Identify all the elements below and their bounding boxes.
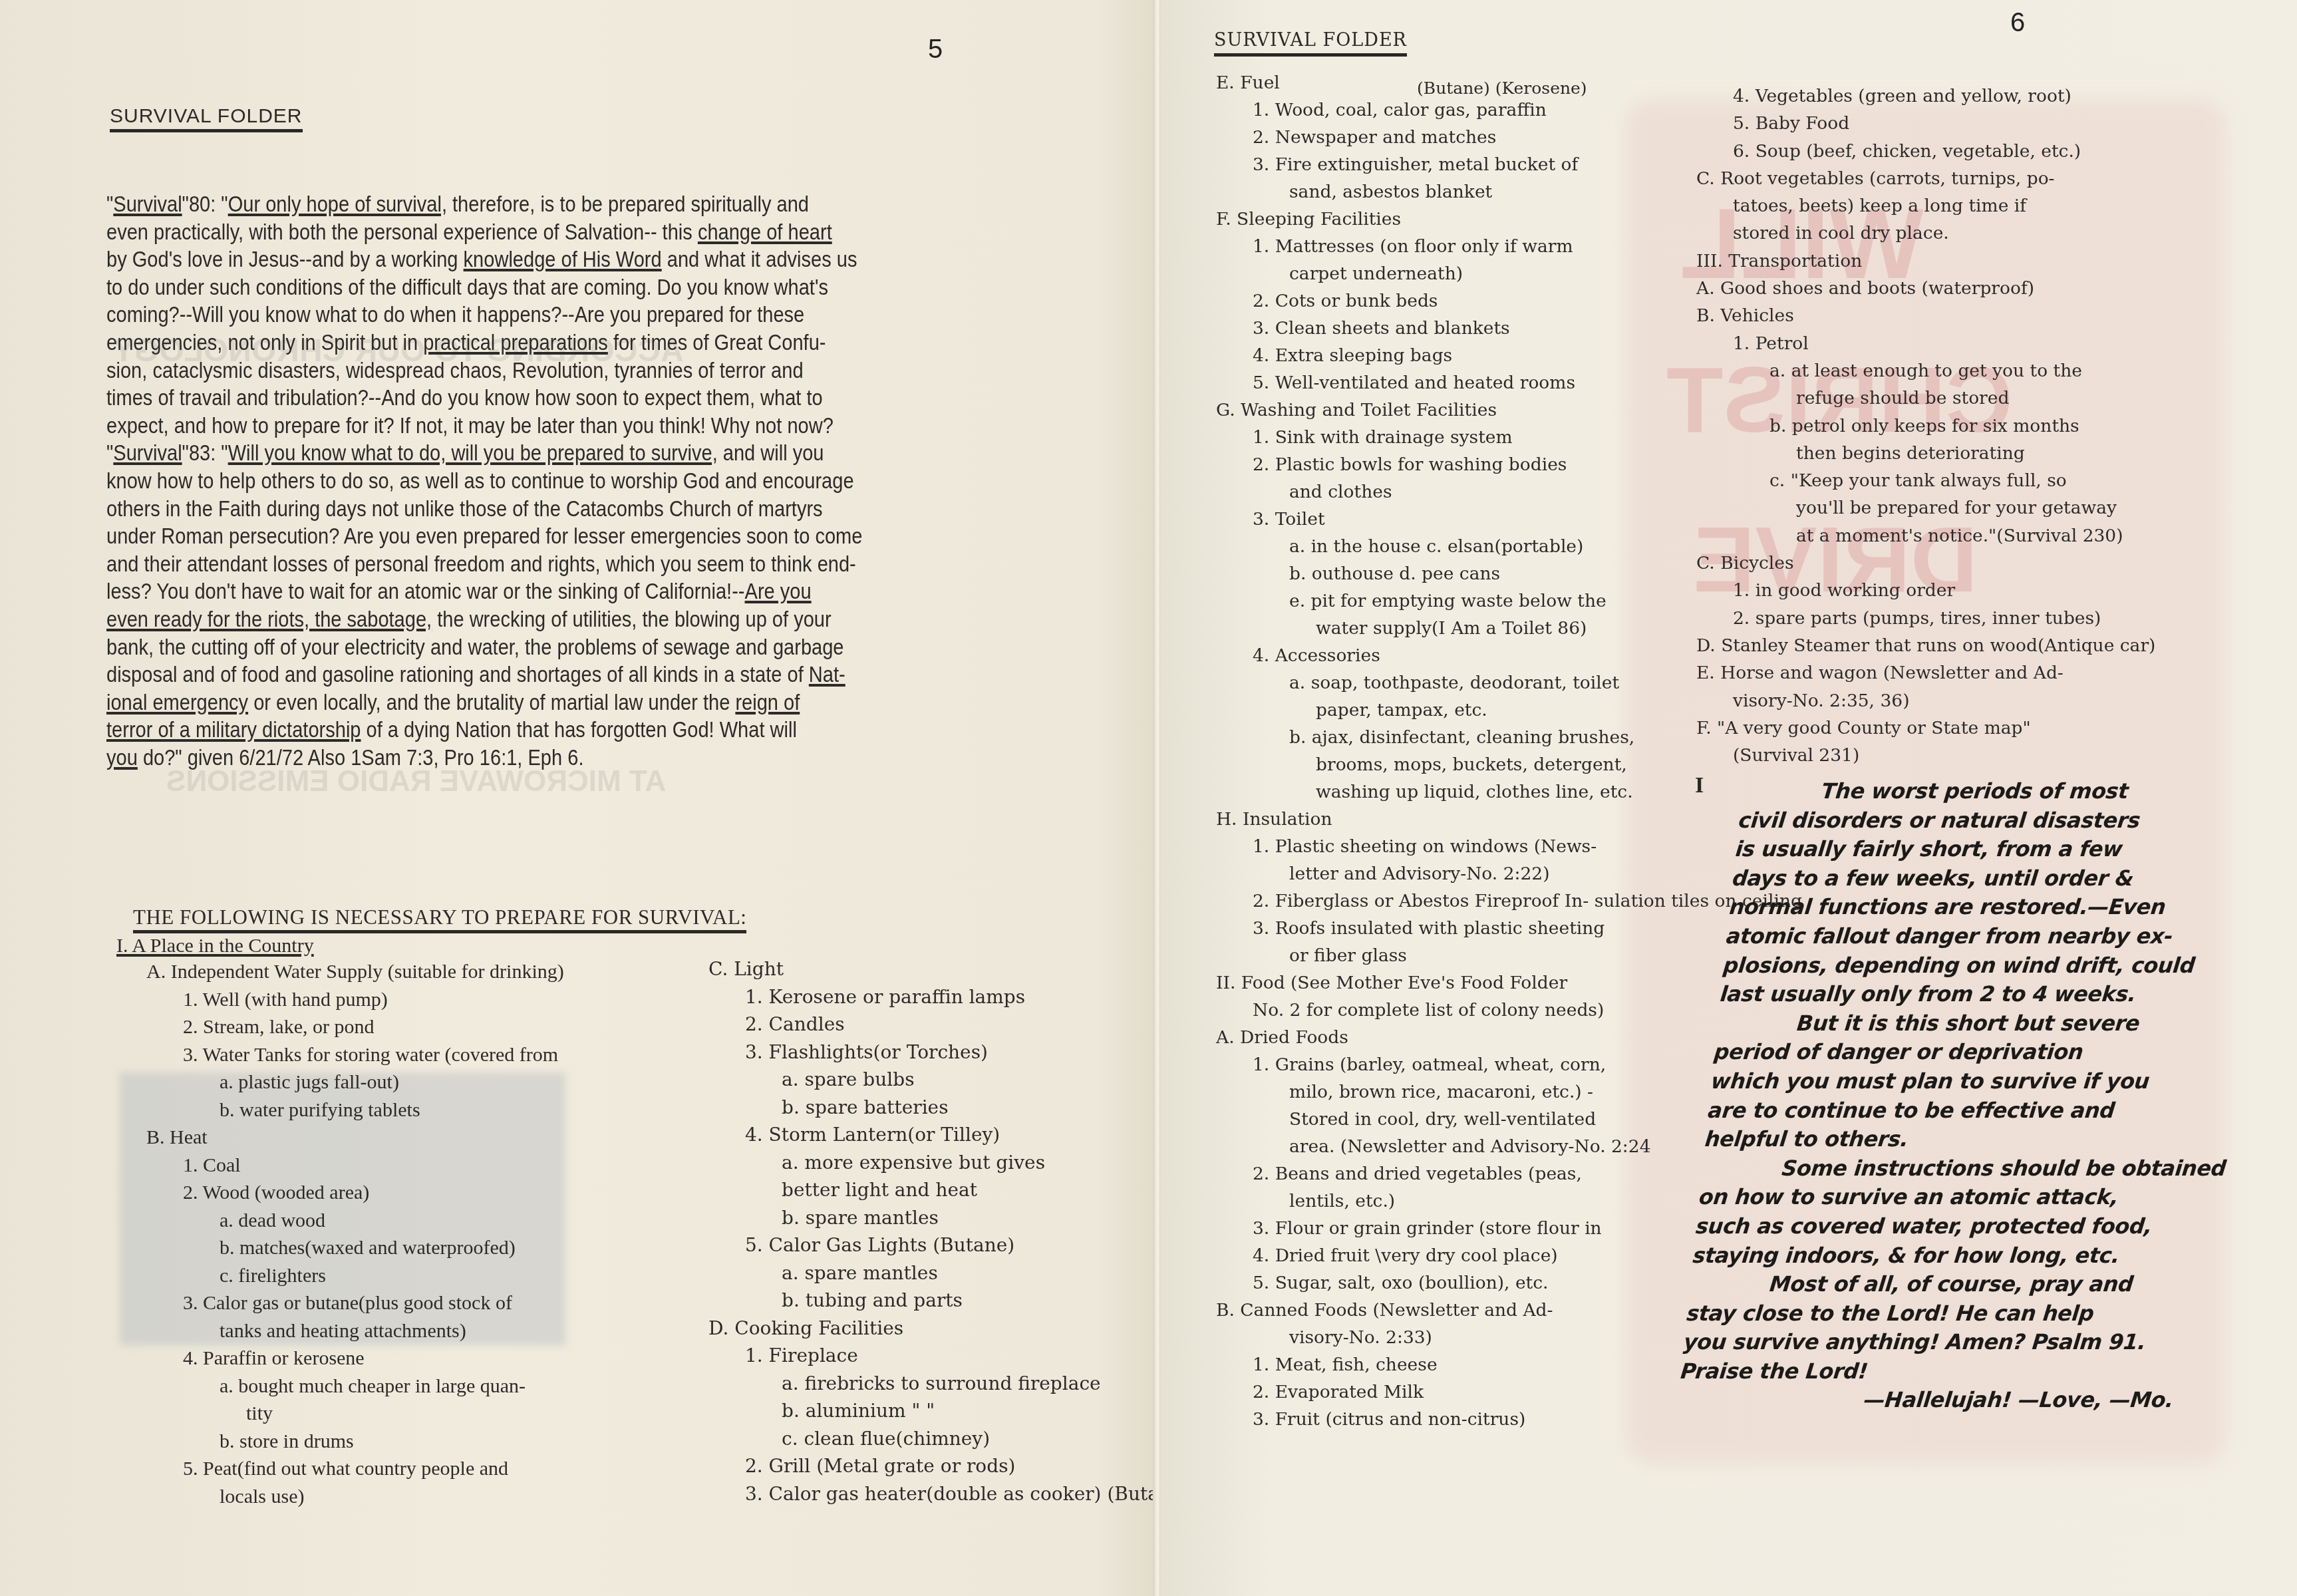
- paragraph-line: to do under such conditions of the diffi…: [106, 273, 938, 301]
- paragraph-line: know how to help others to do so, as wel…: [106, 467, 938, 495]
- outline-item: 5. Calor Gas Lights (Butane): [708, 1231, 1189, 1259]
- text-run: therefore, is to be prepared spiritually…: [447, 192, 809, 216]
- underlined-text: terror of a military dictatorship: [106, 717, 361, 742]
- outline-item: a. at least enough to get you to the: [1696, 357, 2155, 385]
- paragraph-line: you do?" given 6/21/72 Also 1Sam 7:3, Pr…: [106, 744, 938, 772]
- underlined-text: reign of: [735, 690, 800, 715]
- handwritten-line: Praise the Lord!: [1679, 1357, 2215, 1386]
- outline-item: 3. Water Tanks for storing water (covere…: [146, 1041, 564, 1069]
- handwritten-line: you survive anything! Amen? Psalm 91.: [1682, 1328, 2218, 1357]
- handwritten-line: on how to survive an atomic attack,: [1698, 1183, 2233, 1212]
- paragraph-line: emergencies, not only in Spirit but in p…: [106, 329, 938, 357]
- outline-item: 1. Coal: [146, 1152, 564, 1180]
- underlined-text: Will you know what to do, will you be pr…: [228, 440, 718, 465]
- outline-item: 4. Paraffin or kerosene: [146, 1345, 564, 1372]
- outline-item: c. "Keep your tank always full, so: [1696, 467, 2155, 494]
- page-heading: SURVIVAL FOLDER: [1214, 29, 1407, 57]
- outline-item: C. Bicycles: [1696, 550, 2155, 577]
- outline-item: b. tubing and parts: [708, 1287, 1189, 1315]
- outline-item: tatoes, beets) keep a long time if: [1696, 192, 2155, 220]
- text-run: coming?--Will you know what to do when i…: [106, 302, 804, 327]
- text-run: or even locally, and the brutality of ma…: [248, 690, 735, 715]
- paragraph-line: others in the Faith during days not unli…: [106, 495, 938, 523]
- handwritten-line: But it is this short but severe: [1716, 1009, 2251, 1038]
- outline-item: a. plastic jugs fall-out): [146, 1068, 564, 1096]
- outline-item: 4. Storm Lantern(or Tilley): [708, 1121, 1189, 1149]
- paragraph-line: and their attendant losses of personal f…: [106, 550, 938, 578]
- outline-item: D. Stanley Steamer that runs on wood(Ant…: [1696, 632, 2155, 659]
- underlined-text: you: [106, 745, 138, 770]
- outline-item: b. water purifying tablets: [146, 1096, 564, 1124]
- outline-item: A. Independent Water Supply (suitable fo…: [146, 958, 564, 986]
- text-run: even practically, with both the personal…: [106, 220, 698, 244]
- text-run: by God's love in Jesus--and by a working: [106, 247, 464, 271]
- text-run: for times of Great Confu-: [608, 330, 826, 355]
- page-number: 5: [928, 35, 943, 65]
- text-run: to do under such conditions of the diffi…: [106, 275, 828, 299]
- outline-item: No. 2 for complete list of colony needs): [1216, 997, 1802, 1024]
- outline-item: washing up liquid, clothes line, etc.: [1216, 778, 1802, 806]
- outline-item: C. Light: [708, 955, 1189, 983]
- text-run: do?" given 6/21/72 Also 1Sam 7:3, Pro 16…: [138, 745, 584, 770]
- underlined-text: Survival: [113, 440, 182, 465]
- left-page: ACCORDING TO OUR CHRONOLOGY AT MICROWAVE…: [0, 0, 1154, 1596]
- underlined-text: Survival: [113, 192, 182, 216]
- outline-item: 1. Well (with hand pump): [146, 986, 564, 1014]
- outline-item: you'll be prepared for your getaway: [1696, 494, 2155, 522]
- underlined-text: Our only hope of survival,: [228, 192, 447, 216]
- text-run: ": [106, 192, 113, 216]
- underlined-text: Nat-: [809, 662, 845, 687]
- outline-item: 3. Roofs insulated with plastic sheeting: [1216, 915, 1802, 942]
- outline-item: then begins deteriorating: [1696, 440, 2155, 467]
- outline-item: visory-No. 2:35, 36): [1696, 687, 2155, 715]
- page-heading: SURVIVAL FOLDER: [110, 105, 303, 132]
- text-run: "83: ": [182, 440, 228, 465]
- outline-item: or fiber glass: [1216, 942, 1802, 969]
- handwritten-line: staying indoors, & for how long, etc.: [1692, 1241, 2227, 1271]
- handwritten-line: —Hallelujah! —Love, —Mo.: [1676, 1386, 2212, 1415]
- outline-item: b. spare mantles: [708, 1204, 1189, 1232]
- paragraph-line: disposal and of food and gasoline ration…: [106, 661, 938, 689]
- outline-item: b. spare batteries: [708, 1094, 1189, 1122]
- outline-item: a. more expensive but gives: [708, 1149, 1189, 1177]
- underlined-text: change of heart: [698, 220, 832, 244]
- text-run: know how to help others to do so, as wel…: [106, 468, 854, 493]
- page-number: 6: [2010, 8, 2025, 38]
- outline-item: c. clean flue(chimney): [708, 1425, 1189, 1453]
- outline-item: 3. Calor gas heater(double as cooker) (B…: [708, 1480, 1189, 1508]
- underlined-text: Are you: [745, 579, 812, 603]
- outline-item: a. firebricks to surround fireplace: [708, 1370, 1189, 1398]
- text-run: and will you: [718, 440, 824, 465]
- handwritten-line: atomic fallout danger from nearby ex-: [1725, 922, 2260, 951]
- outline-item: 5. Baby Food: [1696, 110, 2155, 137]
- handwritten-note: The worst periods of mostcivil disorders…: [1676, 777, 2276, 1415]
- intro-paragraph: "Survival"80: "Our only hope of survival…: [106, 190, 938, 771]
- right-list-column-2: 4. Vegetables (green and yellow, root)5.…: [1696, 82, 2155, 769]
- underlined-text: even ready for the riots, the sabotage,: [106, 607, 432, 631]
- handwritten-line: Most of all, of course, pray and: [1688, 1270, 2224, 1299]
- paragraph-line: expect, and how to prepare for it? If no…: [106, 412, 938, 440]
- outline-item: 2. Candles: [708, 1011, 1189, 1038]
- handwritten-line: civil disorders or natural disasters: [1737, 806, 2272, 836]
- text-run: and their attendant losses of personal f…: [106, 552, 856, 576]
- text-run: the wrecking of utilities, the blowing u…: [432, 607, 831, 631]
- text-run: ": [106, 440, 113, 465]
- outline-item: 4. Vegetables (green and yellow, root): [1696, 82, 2155, 110]
- text-run: others in the Faith during days not unli…: [106, 496, 823, 521]
- outline-item: III. Transportation: [1696, 247, 2155, 275]
- outline-item: refuge should be stored: [1696, 385, 2155, 412]
- paragraph-line: "Survival"83: "Will you know what to do,…: [106, 439, 938, 467]
- outline-item: 2. Wood (wooded area): [146, 1179, 564, 1207]
- outline-item: a. dead wood: [146, 1207, 564, 1235]
- paragraph-line: even ready for the riots, the sabotage, …: [106, 605, 938, 633]
- outline-item: at a moment's notice."(Survival 230): [1696, 522, 2155, 550]
- outline-item: b. aluminium " ": [708, 1397, 1189, 1425]
- handwritten-line: is usually fairly short, from a few: [1734, 835, 2270, 864]
- section-heading: THE FOLLOWING IS NECESSARY TO PREPARE FO…: [133, 906, 746, 933]
- outline-item: stored in cool dry place.: [1696, 220, 2155, 247]
- text-run: emergencies, not only in Spirit but in: [106, 330, 423, 355]
- outline-item: 1. Kerosene or paraffin lamps: [708, 983, 1189, 1011]
- outline-item: 3. Flashlights(or Torches): [708, 1038, 1189, 1066]
- outline-item: H. Insulation: [1216, 806, 1802, 833]
- outline-item: (Survival 231): [1696, 742, 2155, 769]
- text-run: less? You don't have to wait for an atom…: [106, 579, 745, 603]
- text-run: disposal and of food and gasoline ration…: [106, 662, 809, 687]
- outline-item: 3. Calor gas or butane(plus good stock o…: [146, 1289, 564, 1317]
- paragraph-line: terror of a military dictatorship of a d…: [106, 716, 938, 744]
- handwritten-line: The worst periods of most: [1740, 777, 2276, 806]
- outline-item: tity: [146, 1400, 564, 1428]
- paragraph-line: sion, cataclysmic disasters, widespread …: [106, 357, 938, 385]
- outline-item: locals use): [146, 1483, 564, 1511]
- outline-item: D. Cooking Facilities: [708, 1315, 1189, 1343]
- outline-item: E. Horse and wagon (Newsletter and Ad-: [1696, 659, 2155, 687]
- text-run: sion, cataclysmic disasters, widespread …: [106, 358, 804, 383]
- text-run: under Roman persecution? Are you even pr…: [106, 524, 862, 548]
- outline-item: 6. Soup (beef, chicken, vegetable, etc.): [1696, 138, 2155, 165]
- outline-item: II. Food (See Mother Eve's Food Folder: [1216, 969, 1802, 997]
- outline-item: 1. in good working order: [1696, 577, 2155, 604]
- outline-item: 2. Fiberglass or Abestos Fireproof In- s…: [1216, 887, 1802, 915]
- outline-item: better light and heat: [708, 1176, 1189, 1204]
- outline-item: a. spare mantles: [708, 1259, 1189, 1287]
- text-run: times of travail and tribulation?--And d…: [106, 385, 823, 410]
- handwritten-line: plosions, depending on wind drift, could: [1722, 951, 2257, 981]
- outline-item: a. bought much cheaper in large quan-: [146, 1372, 564, 1400]
- outline-item: 1. Fireplace: [708, 1342, 1189, 1370]
- text-run: expect, and how to prepare for it? If no…: [106, 413, 834, 438]
- outline-item: B. Heat: [146, 1124, 564, 1152]
- left-list-column-1: A. Independent Water Supply (suitable fo…: [146, 958, 564, 1510]
- paragraph-line: coming?--Will you know what to do when i…: [106, 301, 938, 329]
- text-run: of a dying Nation that has forgotten God…: [361, 717, 796, 742]
- text-run: bank, the cutting off of your electricit…: [106, 635, 843, 659]
- paragraph-line: "Survival"80: "Our only hope of survival…: [106, 190, 938, 218]
- left-list-column-2: C. Light1. Kerosene or paraffin lamps2. …: [708, 955, 1189, 1508]
- handwritten-line: Some instructions should be obtained: [1700, 1154, 2236, 1184]
- outline-item: C. Root vegetables (carrots, turnips, po…: [1696, 165, 2155, 192]
- outline-item: B. Vehicles: [1696, 302, 2155, 329]
- handwritten-line: period of danger or deprivation: [1713, 1038, 2248, 1067]
- underlined-text: practical preparations: [423, 330, 608, 355]
- paragraph-line: less? You don't have to wait for an atom…: [106, 577, 938, 605]
- outline-item: b. petrol only keeps for six months: [1696, 412, 2155, 440]
- handwritten-line: normal functions are restored.—Even: [1728, 893, 2263, 922]
- outline-item: letter and Advisory-No. 2:22): [1216, 860, 1802, 887]
- underlined-text: ional emergency: [106, 690, 248, 715]
- paragraph-line: times of travail and tribulation?--And d…: [106, 384, 938, 412]
- outline-item: b. store in drums: [146, 1428, 564, 1456]
- paragraph-line: under Roman persecution? Are you even pr…: [106, 522, 938, 550]
- outline-item: 1. Petrol: [1696, 330, 2155, 357]
- underlined-text: knowledge of His Word: [464, 247, 662, 271]
- outline-item: 2. Grill (Metal grate or rods): [708, 1452, 1189, 1480]
- paragraph-line: bank, the cutting off of your electricit…: [106, 633, 938, 661]
- outline-item: a. spare bulbs: [708, 1066, 1189, 1094]
- outline-item: c. firelighters: [146, 1262, 564, 1290]
- paragraph-line: even practically, with both the personal…: [106, 218, 938, 246]
- outline-item: 5. Peat(find out what country people and: [146, 1455, 564, 1483]
- handwritten-line: helpful to others.: [1704, 1125, 2239, 1154]
- outline-item: b. matches(waxed and waterproofed): [146, 1234, 564, 1262]
- outline-item: F. "A very good County or State map": [1696, 715, 2155, 742]
- paragraph-line: ional emergency or even locally, and the…: [106, 689, 938, 717]
- handwritten-line: last usually only from 2 to 4 weeks.: [1719, 980, 2254, 1009]
- handwritten-line: are to continue to be effective and: [1706, 1096, 2242, 1126]
- outline-item: A. Good shoes and boots (waterproof): [1696, 275, 2155, 302]
- paragraph-line: by God's love in Jesus--and by a working…: [106, 245, 938, 273]
- handwritten-line: which you must plan to survive if you: [1710, 1067, 2245, 1096]
- section-i-heading: I. A Place in the Country: [116, 935, 314, 957]
- text-run: and what it advises us: [662, 247, 857, 271]
- outline-item: 2. Stream, lake, or pond: [146, 1013, 564, 1041]
- outline-item: 2. spare parts (pumps, tires, inner tube…: [1696, 605, 2155, 632]
- handwritten-line: stay close to the Lord! He can help: [1685, 1299, 2220, 1329]
- handwritten-marker: I: [1695, 773, 1704, 798]
- text-run: "80: ": [182, 192, 228, 216]
- outline-item: 1. Plastic sheeting on windows (News-: [1216, 833, 1802, 860]
- handwritten-line: such as covered water, protected food,: [1694, 1212, 2230, 1241]
- outline-item: tanks and heating attachments): [146, 1317, 564, 1345]
- handwritten-line: days to a few weeks, until order &: [1731, 864, 2266, 893]
